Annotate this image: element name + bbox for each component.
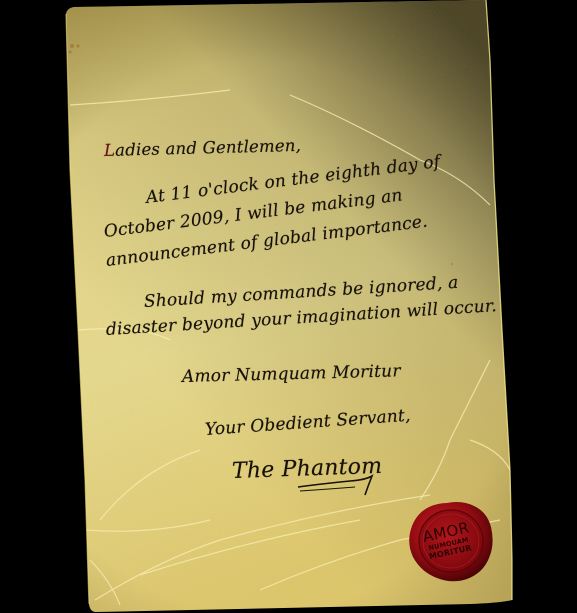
wax-seal: AMOR NUMQUAM MORITUR xyxy=(405,500,491,582)
seal-inscription: AMOR NUMQUAM MORITUR xyxy=(397,492,498,590)
